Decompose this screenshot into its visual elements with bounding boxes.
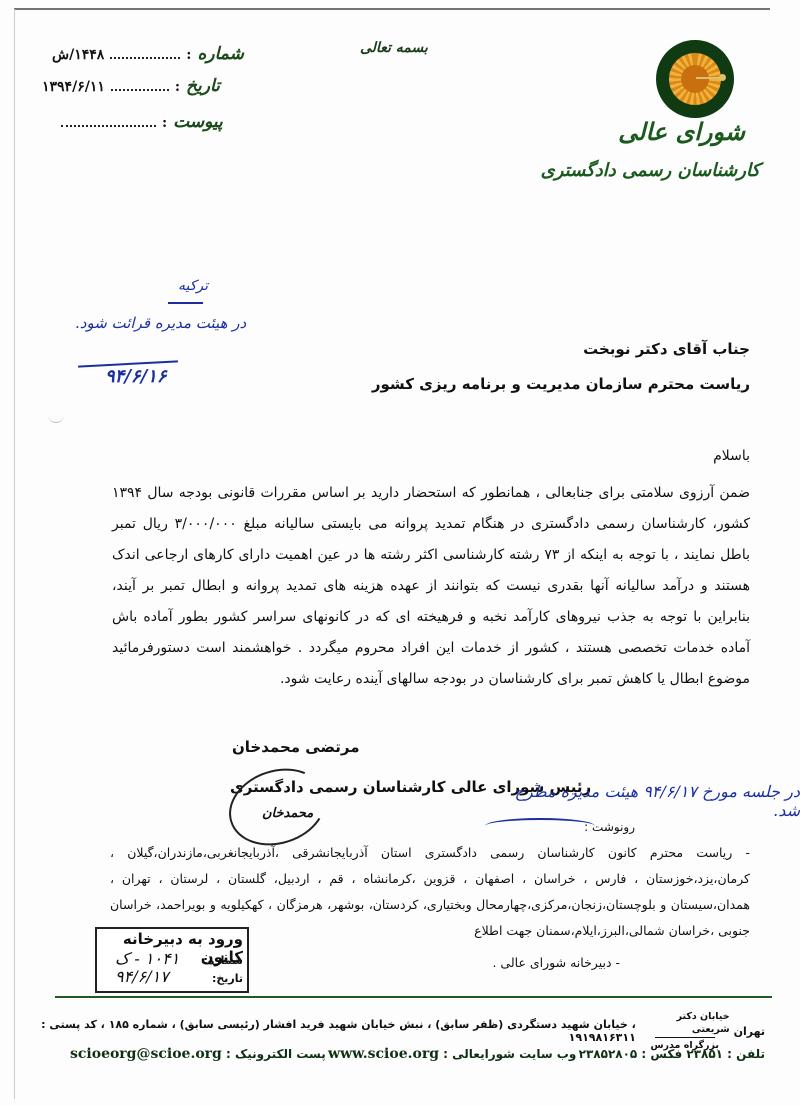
- letter-number-label: شماره: [197, 44, 243, 64]
- handwritten-meeting-note: در جلسه مورخ ۹۴/۶/۱۷ هیئت مدیره مطرح شد.: [492, 782, 800, 820]
- attachment-label: پیوست: [173, 112, 223, 132]
- handwritten-note-line1: ترکیه: [178, 278, 208, 294]
- organization-title: شورای عالی: [618, 117, 745, 146]
- footer-divider: [55, 996, 772, 998]
- handwritten-note-line2: در هیئت مدیره قرائت شود.: [75, 314, 246, 332]
- handwritten-curve: [485, 818, 595, 834]
- letter-date-row: تاریخ : ۱۳۹۴/۶/۱۱: [42, 76, 220, 96]
- sun-emblem-icon: [669, 53, 721, 105]
- stamp-date-value: ۹۴/۶/۱۷: [115, 967, 169, 986]
- bismillah-heading: بسمه تعالی: [360, 40, 428, 56]
- footer-contact: تلفن : ۲۳۸۵۱ فکس : ۲۳۸۵۲۸۰۵ وب سایت شورا…: [70, 1046, 765, 1062]
- dotted-leader: [111, 79, 169, 91]
- address-rest: ، خیابان شهید دستگردی (ظفر سابق) ، نبش خ…: [0, 1018, 636, 1044]
- received-stamp: ورود به دبیرخانه کانون شماره: ۱۰۴۱ - ک ت…: [95, 927, 249, 993]
- dotted-leader: [61, 115, 156, 127]
- website-label: وب سایت شورایعالی :: [443, 1047, 576, 1061]
- email-label: پست الکترونیک :: [226, 1047, 326, 1061]
- organization-subtitle: کارشناسان رسمی دادگستری: [541, 160, 760, 181]
- stamp-date-label: تاریخ:: [212, 972, 243, 985]
- signature-text: محمدخان: [262, 806, 313, 821]
- stamp-number-value: ۱۰۴۱ - ک: [115, 949, 179, 968]
- addressee-name: جناب آقای دکتر نوبخت: [583, 340, 750, 358]
- stamp-number-label: شماره:: [203, 954, 243, 967]
- cc-secretariat: - دبیرخانه شورای عالی .: [492, 955, 620, 970]
- handwritten-underline: [168, 302, 203, 304]
- street-top: خیابان دکتر شریعتی: [640, 1010, 730, 1036]
- addressee-title: ریاست محترم سازمان مدیریت و برنامه ریزی …: [372, 375, 750, 393]
- organization-logo-icon: [656, 40, 734, 118]
- scan-top-edge: [14, 8, 770, 10]
- phone-fax: تلفن : ۲۳۸۵۱ فکس : ۲۳۸۵۲۸۰۵: [579, 1047, 765, 1061]
- cc-label: رونوشت :: [584, 820, 635, 834]
- letter-page: بسمه تعالی شماره : ۱۴۴۸/ش تاریخ : ۱۳۹۴/۶…: [0, 0, 800, 1105]
- letter-number-value: ۱۴۴۸/ش: [52, 47, 104, 63]
- punch-hole-mark: [48, 412, 64, 423]
- signer-name: مرتضی محمدخان: [232, 738, 360, 756]
- website-group: وب سایت شورایعالی : www.scioe.org: [328, 1046, 576, 1062]
- letter-date-label: تاریخ: [186, 76, 220, 96]
- handwritten-note-date: ۹۴/۶/۱۶: [105, 366, 167, 387]
- email-link[interactable]: scioeorg@scioe.org: [70, 1046, 222, 1062]
- scan-left-edge: [14, 9, 15, 1099]
- letter-body: ضمن آرزوی سلامتی برای جنابعالی ، همانطور…: [112, 478, 750, 695]
- address-city: تهران: [734, 1025, 765, 1038]
- letter-number-row: شماره : ۱۴۴۸/ش: [52, 44, 244, 64]
- website-link[interactable]: www.scioe.org: [328, 1046, 439, 1062]
- letter-date-value: ۱۳۹۴/۶/۱۱: [42, 79, 105, 95]
- dotted-leader: [110, 47, 180, 59]
- attachment-row: پیوست :: [55, 112, 223, 132]
- greeting: باسلام: [713, 448, 750, 464]
- email-group: پست الکترونیک : scioeorg@scioe.org: [70, 1046, 326, 1062]
